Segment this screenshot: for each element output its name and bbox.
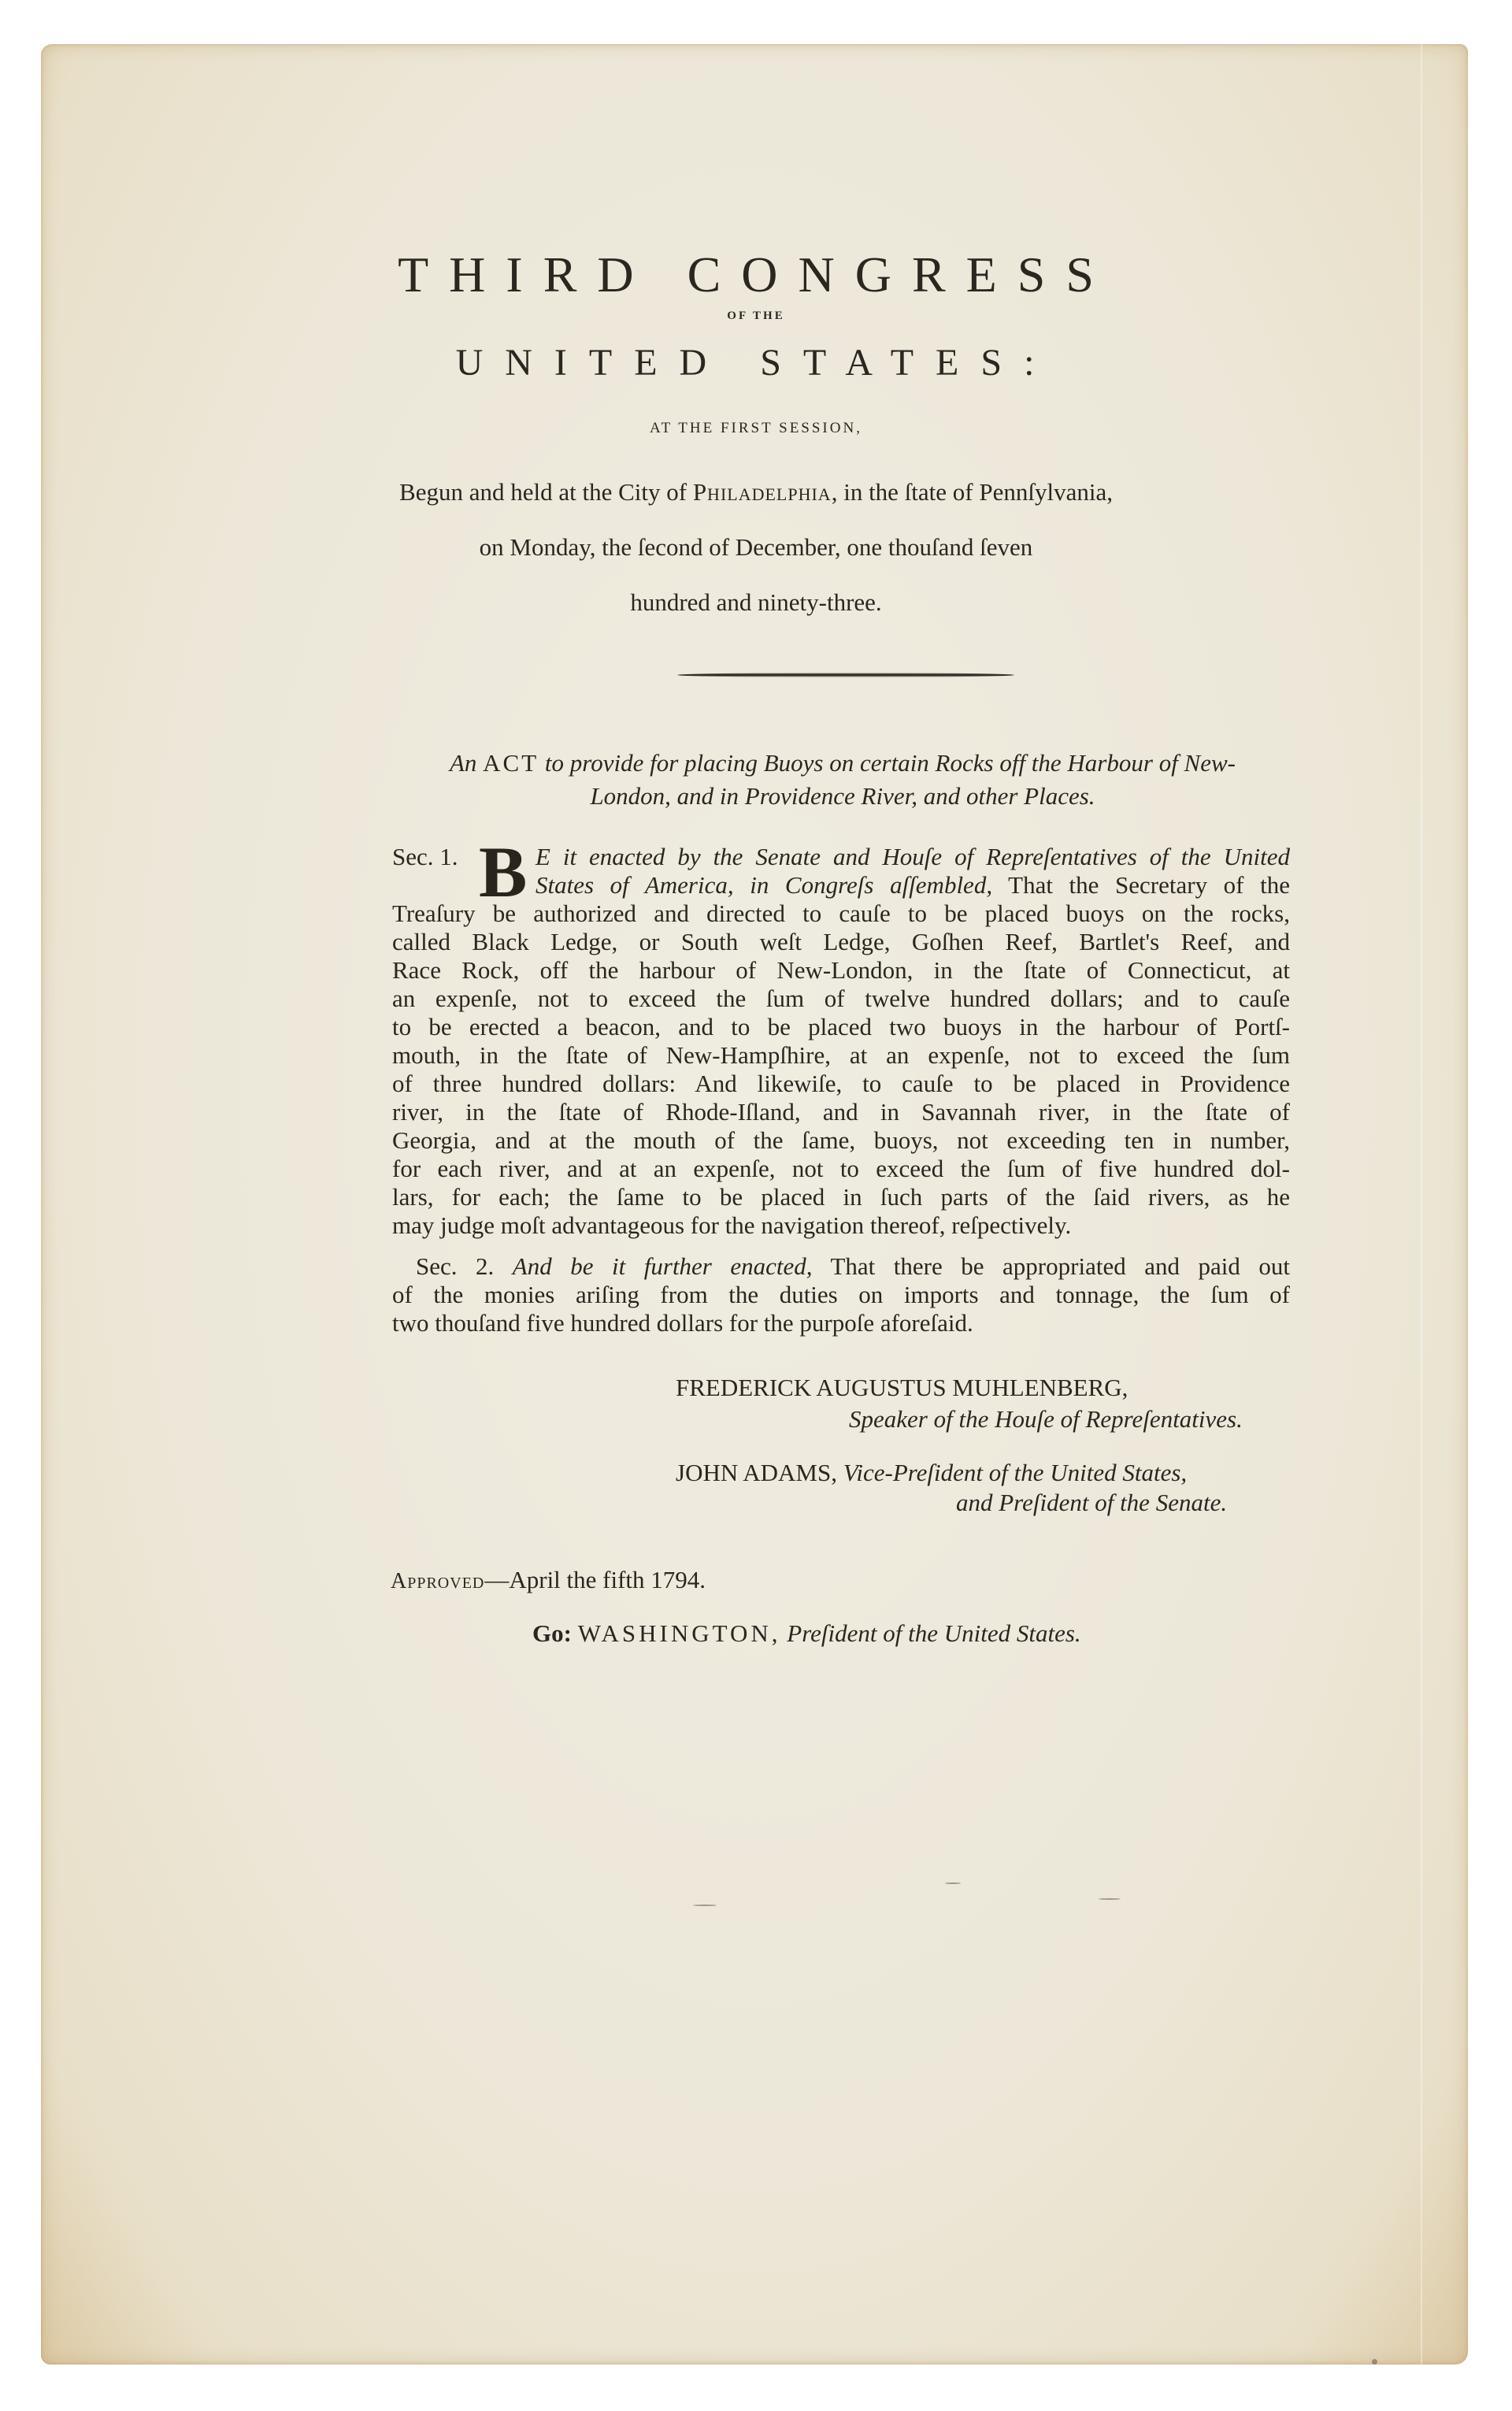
president-signature: Go: WASHINGTON, Preſident of the United … [532,1619,1081,1648]
sec1-line: States of America, in Congreſs aſſembled… [535,871,1290,899]
section2: Sec. 2. And be it further enacted, That … [392,1252,1290,1337]
section1-head: E it enacted by the Senate and Houſe of … [535,843,1290,899]
approved-date: —April the fifth 1794. [484,1566,706,1593]
session-label: AT THE FIRST SESSION, [0,420,1512,437]
sec1-line: lars, for each; the ſame to be placed in… [392,1183,1290,1211]
sec2-text: That there be appropriated and paid out [813,1252,1290,1280]
sec1-line-roman: That the Secretary of the [992,871,1290,899]
of-the-label: OF THE [0,310,1512,323]
act-act: ACT [483,749,539,777]
sec1-line: of three hundred dollars: And likewiſe, … [392,1070,1290,1098]
approved-label: Approved [391,1569,484,1593]
session-line-2: on Monday, the ſecond of December, one t… [0,520,1512,575]
approval-line: Approved—April the fifth 1794. [391,1566,706,1594]
act-title-line-2: London, and in Providence River, and oth… [386,780,1299,813]
session-line-1: Begun and held at the City of Philadelph… [0,465,1512,520]
sec2-label: Sec. 2. [416,1252,494,1280]
sec1-line: for each river, and at an expenſe, not t… [392,1155,1290,1183]
sec1-line: E it enacted by the Senate and Houſe of … [535,843,1290,871]
paper-speck [945,1882,961,1884]
sec1-line: called Black Ledge, or South weſt Ledge,… [392,928,1290,956]
section1-body: Treaſury be authorized and directed to c… [392,899,1290,1240]
sec2-italic: And be it further enacted, [513,1252,813,1280]
sec1-line: mouth, in the ſtate of New-Hampſhire, at… [392,1041,1290,1070]
act-title-line-1: An ACT to provide for placing Buoys on c… [386,747,1299,780]
sec1-line: an expenſe, not to exceed the ſum of twe… [392,985,1290,1013]
act-title: An ACT to provide for placing Buoys on c… [386,747,1299,813]
session-details: Begun and held at the City of Philadelph… [0,465,1512,630]
vp-title-1: Vice-Preſident of the United States, [843,1459,1187,1486]
sec1-line-italic: E it enacted by the Senate and Houſe of … [535,843,1290,870]
divider-rule [677,673,1014,677]
vp-title-2: and Preſident of the Senate. [956,1489,1227,1517]
vp-signature: JOHN ADAMS, Vice-Preſident of the United… [676,1459,1187,1487]
title-united-states: UNITED STATES: [0,341,1512,384]
speaker-title: Speaker of the Houſe of Repreſentatives. [849,1405,1243,1434]
sec1-line: Treaſury be authorized and directed to c… [392,899,1290,928]
drop-cap: B [479,841,527,903]
president-prefix: Go: [532,1619,572,1647]
paper-speck [1372,2359,1377,2365]
begun-pre: Begun and held at the City of [399,478,693,506]
vp-name: JOHN ADAMS, [676,1459,837,1486]
sec1-line: to be erected a beacon, and to be placed… [392,1013,1290,1041]
sec1-line: may judge moſt advantageous for the navi… [392,1211,1290,1240]
sec2-line: of the monies ariſing from the duties on… [392,1281,1290,1309]
begun-post: , in the ſtate of Pennſylvania, [832,478,1113,506]
act-an: An [450,749,476,777]
sec1-line: Georgia, and at the mouth of the ſame, b… [392,1126,1290,1155]
sec2-line: Sec. 2. And be it further enacted, That … [392,1252,1290,1281]
speaker-name: FREDERICK AUGUSTUS MUHLENBERG, [676,1374,1128,1402]
president-name: WASHINGTON, [578,1619,781,1647]
session-line-3: hundred and ninety-three. [0,575,1512,630]
paper-speck [1099,1898,1121,1900]
title-third-congress: THIRD CONGRESS [0,246,1512,304]
sec1-line-italic: States of America, in Congreſs aſſembled… [535,871,992,899]
sec1-line: river, in the ſtate of Rhode-Iſland, and… [392,1098,1290,1126]
act-title-text-1: to provide for placing Buoys on certain … [545,749,1236,777]
paper-speck [693,1905,717,1906]
city-name: Philadelphia [693,478,832,506]
sec1-label: Sec. 1. [392,843,458,871]
president-title: Preſident of the United States. [787,1619,1080,1647]
sec2-line: two thouſand five hundred dollars for th… [392,1309,1290,1337]
sec1-line: Race Rock, off the harbour of New-London… [392,956,1290,985]
